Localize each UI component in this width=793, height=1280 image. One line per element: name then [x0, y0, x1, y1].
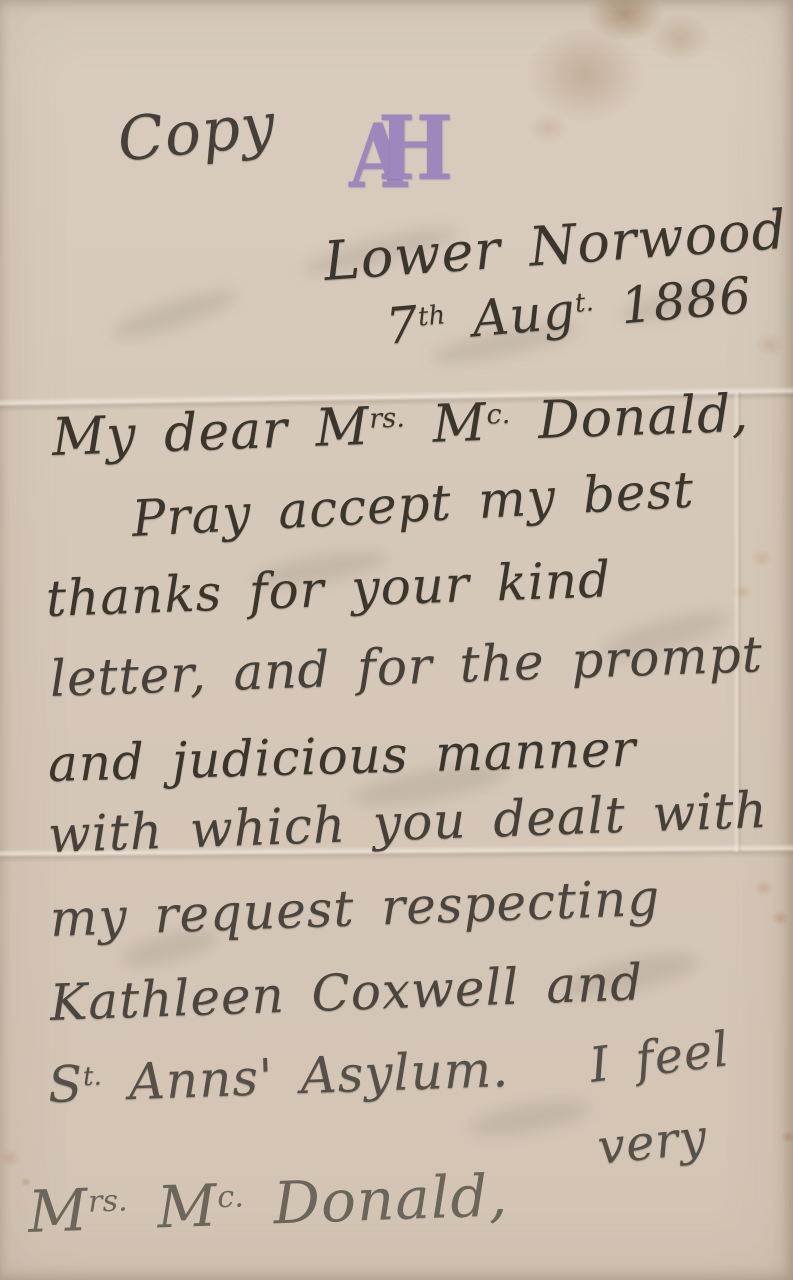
body-line-8-right: I feel [587, 1021, 733, 1094]
body-line-3: letter, and for the prompt [49, 625, 764, 708]
body-line-2: thanks for your kind [45, 550, 612, 628]
ink-smudge [109, 281, 241, 348]
body-line-8: St. Anns' Asylum. [47, 1040, 510, 1114]
monogram-letter-h: H [378, 104, 453, 192]
letter-page: Copy A H Lower Norwood 7th Augt. 1886 My… [0, 0, 793, 1280]
copy-annotation: Copy [114, 90, 279, 176]
body-line-9-right: very [595, 1109, 710, 1176]
addressee-line: Mrs. Mc. Donald, [27, 1161, 509, 1246]
body-line-6: my request respecting [49, 869, 661, 948]
body-line-4: and judicious manner [47, 720, 637, 793]
body-line-1: Pray accept my best [130, 461, 695, 548]
ink-smudge [469, 1095, 592, 1141]
monogram: A H [344, 104, 464, 219]
